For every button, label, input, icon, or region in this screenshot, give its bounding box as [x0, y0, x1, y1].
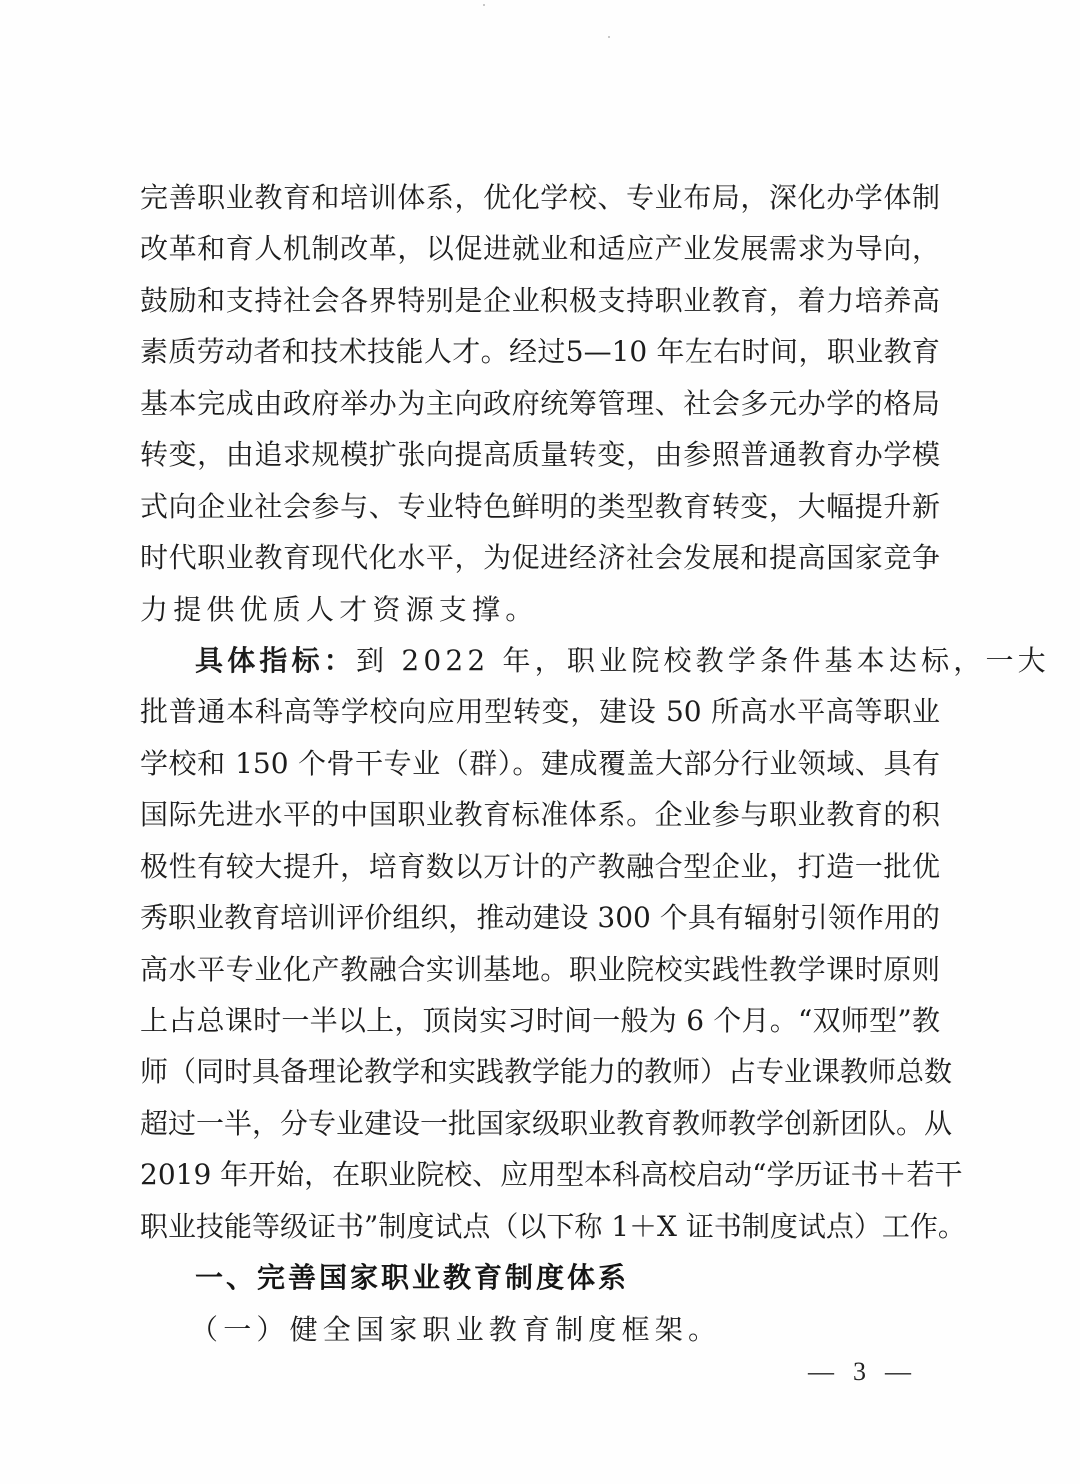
text-line: 上占总课时一半以上，顶岗实习时间一般为 6 个月。“双师型”教: [140, 995, 940, 1046]
scan-speck: [483, 4, 485, 6]
text-line: 高水平专业化产教融合实训基地。职业院校实践性教学课时原则: [140, 944, 940, 995]
lead-label: 具体指标：: [195, 644, 356, 677]
body-text: 完善职业教育和培训体系，优化学校、专业布局，深化办学体制 改革和育人机制改革，以…: [140, 172, 940, 1355]
subsection-heading: （一）健全国家职业教育制度框架。: [140, 1304, 940, 1355]
section-heading: 一、完善国家职业教育制度体系: [140, 1252, 940, 1303]
paragraph-intro-continued: 完善职业教育和培训体系，优化学校、专业布局，深化办学体制 改革和育人机制改革，以…: [140, 172, 940, 635]
text-line: 超过一半，分专业建设一批国家级职业教育教师教学创新团队。从: [140, 1098, 940, 1149]
text-line: 鼓励和支持社会各界特别是企业积极支持职业教育，着力培养高: [140, 275, 940, 326]
text-line: 素质劳动者和技术技能人才。经过5—10 年左右时间，职业教育: [140, 326, 940, 377]
text-line: 学校和 150 个骨干专业（群）。建成覆盖大部分行业领域、具有: [140, 738, 940, 789]
text-line: 2019 年开始，在职业院校、应用型本科高校启动“学历证书＋若干: [140, 1149, 940, 1200]
text-line-first: 具体指标：到 2022 年，职业院校教学条件基本达标，一大: [140, 635, 940, 686]
text-line: 批普通本科高等学校向应用型转变，建设 50 所高水平高等职业: [140, 686, 940, 737]
text-line: 国际先进水平的中国职业教育标准体系。企业参与职业教育的积: [140, 789, 940, 840]
text-line: 力提供优质人才资源支撑。: [140, 584, 940, 635]
text-line: 职业技能等级证书”制度试点（以下称 1＋X 证书制度试点）工作。: [140, 1201, 940, 1252]
page-number: — 3 —: [808, 1352, 913, 1392]
text-line: 完善职业教育和培训体系，优化学校、专业布局，深化办学体制: [140, 172, 940, 223]
paragraph-specific-indicators: 具体指标：到 2022 年，职业院校教学条件基本达标，一大 批普通本科高等学校向…: [140, 635, 940, 1252]
scan-speck: [608, 36, 610, 38]
text-line: 时代职业教育现代化水平，为促进经济社会发展和提高国家竞争: [140, 532, 940, 583]
text-line: 改革和育人机制改革，以促进就业和适应产业发展需求为导向，: [140, 223, 940, 274]
text-line: 秀职业教育培训评价组织，推动建设 300 个具有辐射引领作用的: [140, 892, 940, 943]
text-line: 转变，由追求规模扩张向提高质量转变，由参照普通教育办学模: [140, 429, 940, 480]
text-line: 极性有较大提升，培育数以万计的产教融合型企业，打造一批优: [140, 841, 940, 892]
text-line: 式向企业社会参与、专业特色鲜明的类型教育转变，大幅提升新: [140, 481, 940, 532]
document-page: 完善职业教育和培训体系，优化学校、专业布局，深化办学体制 改革和育人机制改革，以…: [0, 0, 1080, 1484]
text-run: 到 2022 年，职业院校教学条件基本达标，一大: [356, 644, 1050, 677]
text-line: 基本完成由政府举办为主向政府统筹管理、社会多元办学的格局: [140, 378, 940, 429]
text-line: 师（同时具备理论教学和实践教学能力的教师）占专业课教师总数: [140, 1046, 940, 1097]
